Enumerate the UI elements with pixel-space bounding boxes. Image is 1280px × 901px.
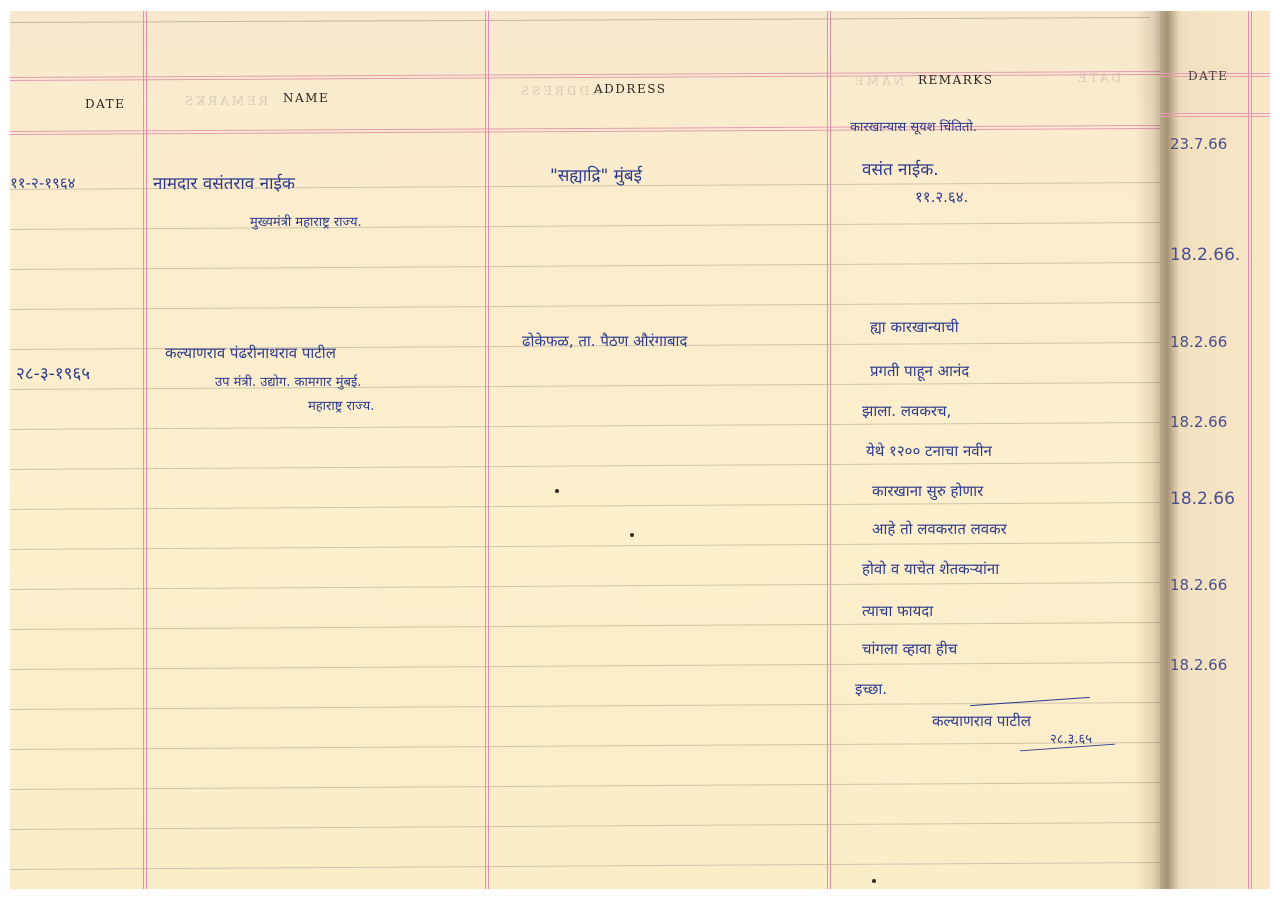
ruled-line (10, 421, 1270, 430)
ruled-line (10, 701, 1270, 710)
column-divider-name-address (485, 11, 489, 889)
entry-1-remark-line: वसंत नाईक. (862, 157, 939, 180)
entry-2-designation: उप मंत्री. उद्योग. कामगार मुंबई. (215, 372, 361, 390)
facing-date: 18.2.66 (1170, 413, 1227, 431)
entry-2-remark-line: ह्या कारखान्याची (870, 317, 959, 337)
entry-2-name: कल्याणराव पंढरीनाथराव पाटील (165, 343, 336, 363)
ruled-line (10, 781, 1270, 790)
paper-speck (555, 489, 559, 493)
entry-1-address: "सह्याद्रि" मुंबई (550, 163, 642, 186)
header-address: ADDRESS (594, 82, 666, 96)
ruled-line (10, 261, 1270, 270)
entry-2-remark-line: चांगला व्हावा हीच (862, 639, 957, 659)
entry-2-address: ढोकेफळ, ता. पैठण औरंगाबाद (522, 331, 687, 351)
ruled-line (10, 461, 1270, 470)
header-bottom-rule (10, 124, 1270, 135)
ruled-line (10, 861, 1270, 870)
entry-2-remark-line: इच्छा. (855, 679, 887, 699)
column-divider-date-name (143, 11, 147, 889)
entry-2-remark-line: होवो व याचेत शेतकऱ्यांना (862, 559, 999, 579)
entry-2-remark-line: झाला. लवकरच, (862, 401, 951, 421)
page-top-edge (10, 17, 1150, 23)
entry-1-remark-line: ११.२.६४. (915, 187, 968, 207)
entry-1-remark-line: कारखान्यास सूयश चिंतितो. (850, 117, 977, 135)
header-date: DATE (85, 97, 125, 111)
paper-speck (630, 533, 634, 537)
ruled-line (10, 541, 1270, 550)
header-facing-date: DATE (1188, 69, 1228, 83)
facing-date: 18.2.66 (1170, 656, 1227, 674)
entry-2-remark-line: आहे तो लवकरात लवकर (872, 519, 1007, 539)
entry-2-signature: कल्याणराव पाटील (932, 711, 1031, 731)
column-divider-address-remarks (827, 11, 831, 889)
ghost-header-date: DATE (1075, 71, 1121, 85)
entry-1-designation: मुख्यमंत्री महाराष्ट्र राज्य. (250, 212, 362, 230)
ruled-line (10, 581, 1270, 590)
header-remarks: REMARKS (918, 73, 993, 87)
ghost-header-address: ADDRESS (518, 84, 601, 98)
entry-2-remark-line: प्रगती पाहून आनंद (870, 361, 969, 381)
ruled-line (10, 621, 1270, 630)
facing-header-bottom-rule (1160, 113, 1270, 117)
ruled-line (10, 821, 1270, 830)
entry-1-name: नामदार वसंतराव नाईक (153, 171, 295, 194)
column-divider-facing-date (1248, 11, 1252, 889)
facing-date: 18.2.66 (1170, 576, 1227, 594)
entry-2-remark-line: येथे १२०० टनाचा नवीन (866, 441, 992, 461)
entry-2-signature-date: २८.३.६५ (1050, 729, 1092, 747)
entry-2-state: महाराष्ट्र राज्य. (308, 396, 374, 414)
entry-2-remark-line: त्याचा फायदा (862, 601, 933, 621)
ledger-page: REMARKS ADDRESS NAME DATE DATE NAME ADDR… (10, 11, 1270, 889)
ghost-header-name: NAME (852, 74, 904, 88)
header-name: NAME (283, 91, 329, 105)
entry-2-remark-line: कारखाना सुरु होणार (872, 481, 983, 501)
ruled-line (10, 221, 1270, 230)
ruled-line (10, 501, 1270, 510)
facing-date: 18.2.66. (1170, 245, 1240, 265)
facing-date: 18.2.66 (1170, 489, 1235, 509)
paper-speck (872, 879, 876, 883)
ruled-line (10, 661, 1270, 670)
signature-overline (970, 697, 1090, 706)
ghost-header-remarks: REMARKS (182, 94, 268, 108)
facing-date: 23.7.66 (1170, 135, 1227, 153)
entry-1-date: ११-२-१९६४ (10, 173, 75, 193)
facing-date: 18.2.66 (1170, 333, 1227, 351)
ruled-line (10, 381, 1270, 390)
entry-2-date: २८-३-१९६५ (16, 361, 90, 384)
ruled-line (10, 301, 1270, 310)
